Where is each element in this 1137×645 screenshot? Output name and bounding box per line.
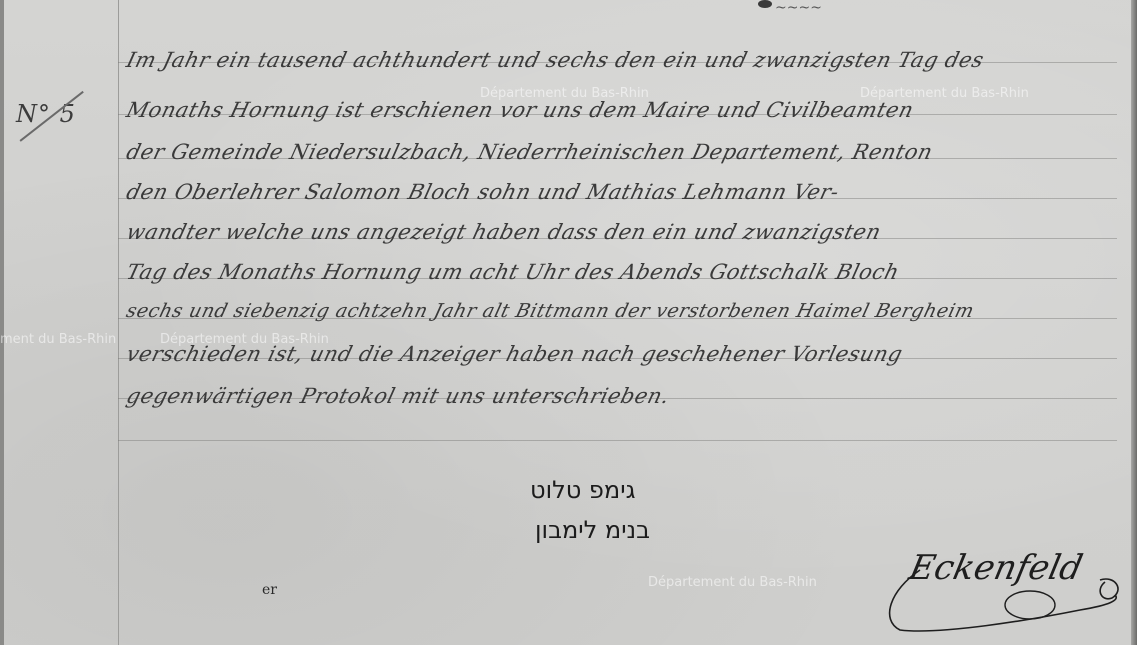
signature-flourish: [880, 560, 1130, 640]
watermark: Département du Bas-Rhin: [860, 86, 1029, 101]
ink-blot: [758, 0, 772, 8]
text-line-7: sechs und siebenzig achtzehn Jahr alt Bi…: [124, 300, 977, 322]
text-line-1: Im Jahr ein tausend achthundert und sech…: [124, 48, 987, 72]
text-line-9: gegenwärtigen Protokol mit uns unterschr…: [124, 384, 672, 408]
ruled-line: [118, 440, 1117, 441]
text-line-6: Tag des Monaths Hornung um acht Uhr des …: [124, 260, 902, 284]
hebrew-signature-2: בנימ לימבון: [535, 516, 650, 544]
watermark: Département du Bas-Rhin: [648, 575, 817, 590]
text-line-3: der Gemeinde Niedersulzbach, Niederrhein…: [124, 140, 935, 164]
hebrew-signature-1: גימפ טלוט: [530, 476, 635, 504]
text-line-2: Monaths Hornung ist erschienen vor uns d…: [124, 98, 916, 122]
page-right-edge: [1131, 0, 1137, 645]
text-line-4: den Oberlehrer Salomon Bloch sohn und Ma…: [124, 180, 842, 204]
page-left-edge: [0, 0, 4, 645]
margin-rule: [118, 0, 119, 645]
watermark: Département du Bas-Rhin: [480, 86, 649, 101]
watermark: ment du Bas-Rhin: [0, 332, 116, 347]
top-scribble: ~~~~: [775, 0, 822, 16]
stray-text: er: [262, 582, 277, 598]
watermark: Département du Bas-Rhin: [160, 332, 329, 347]
text-line-5: wandter welche uns angezeigt haben dass …: [124, 220, 884, 244]
